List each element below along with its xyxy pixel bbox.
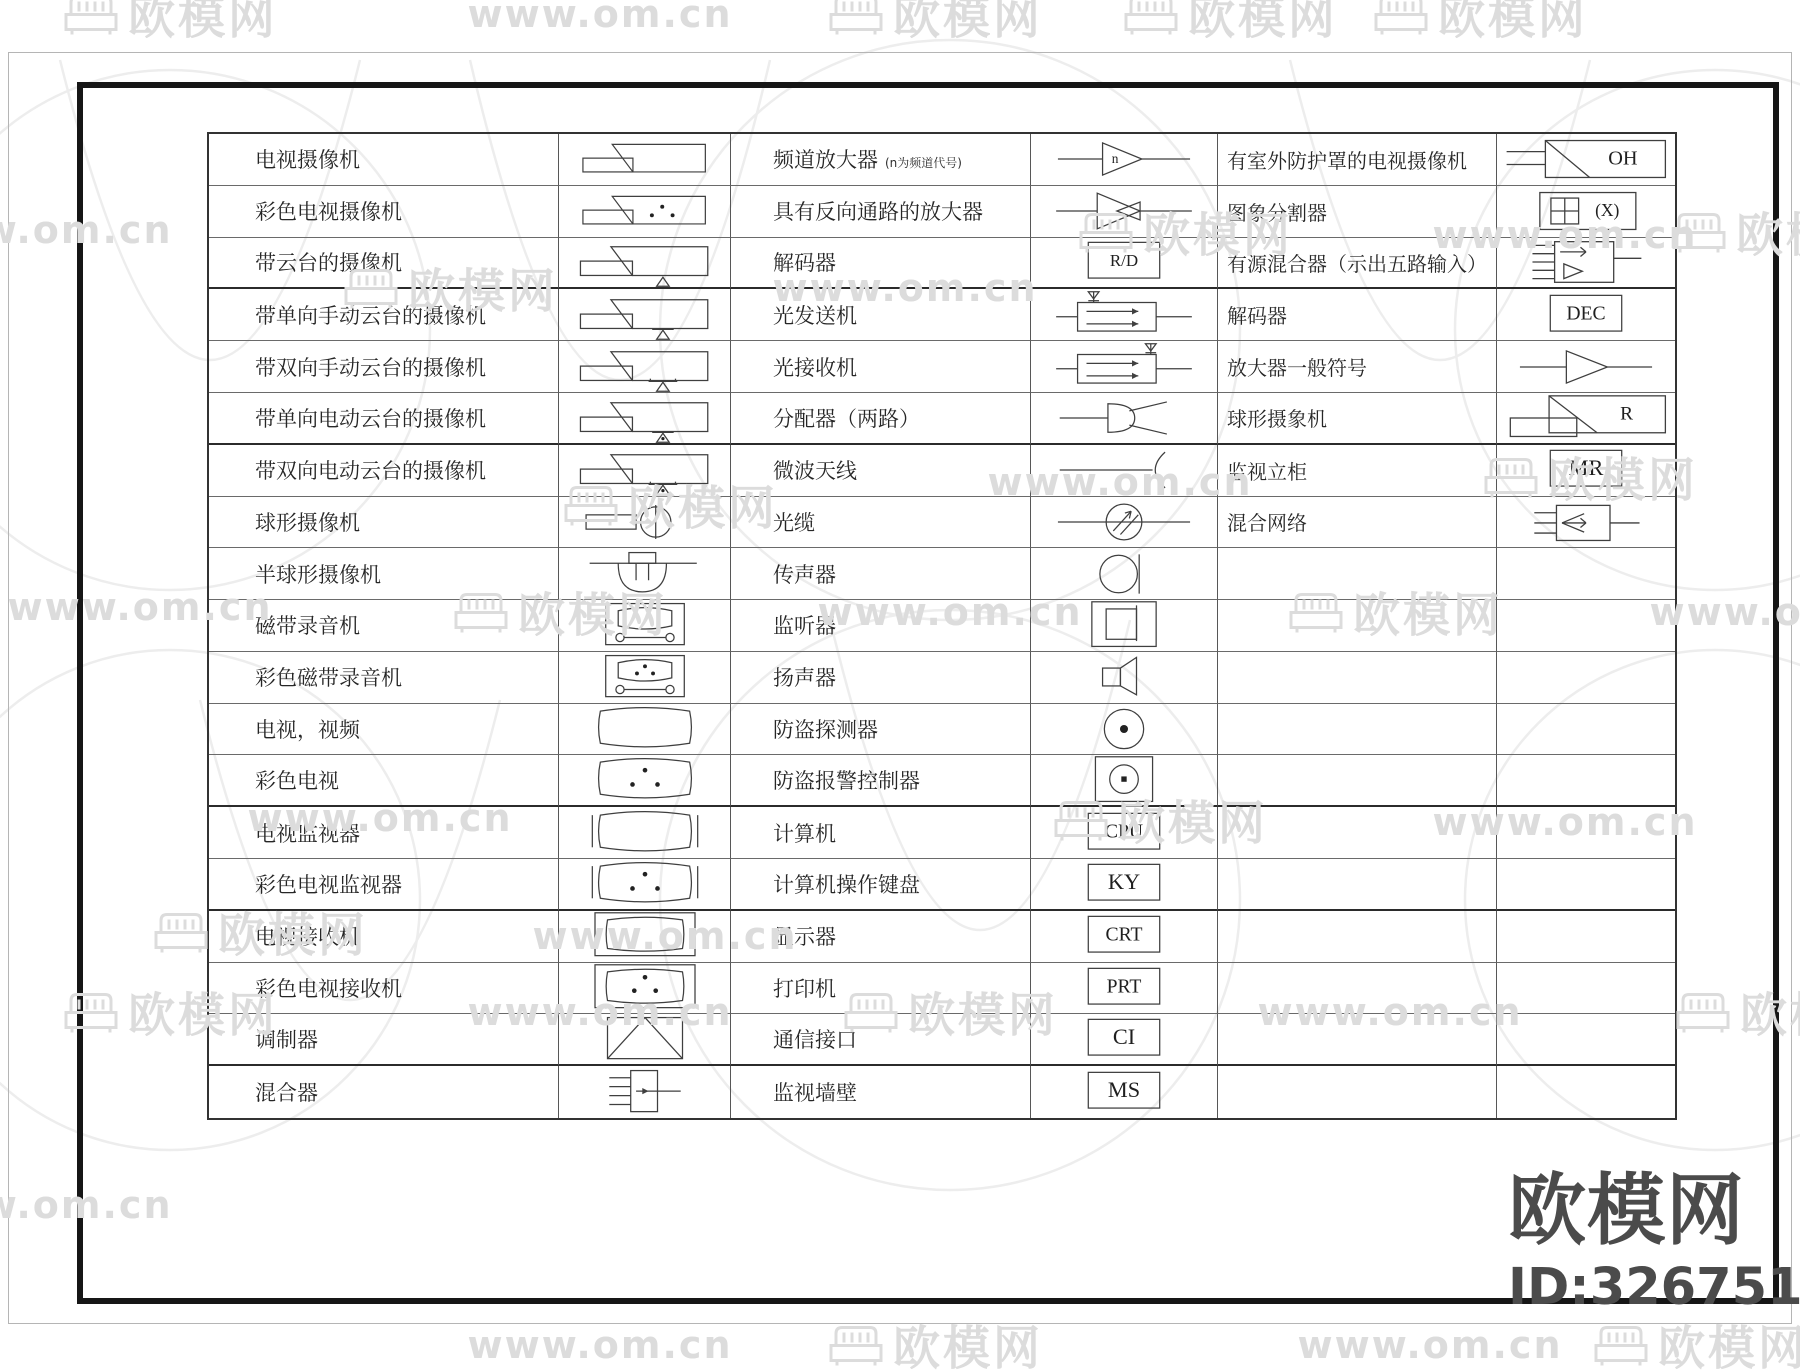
svg-text:CI: CI (1113, 1024, 1135, 1049)
amp-reverse-icon (1045, 186, 1203, 236)
legend-label-cell: 显示器 (731, 911, 1031, 963)
camera-pt1e-icon (571, 393, 719, 444)
legend-symbol-cell (559, 186, 731, 238)
legend-label: 电视接收机 (255, 921, 360, 951)
legend-symbol-cell (1031, 341, 1218, 393)
legend-label: 监视墙壁 (773, 1077, 857, 1107)
legend-label-cell: 光缆 (731, 497, 1031, 549)
legend-label: 解码器 (1227, 300, 1287, 329)
legend-label-cell: 带双向手动云台的摄像机 (209, 341, 559, 393)
legend-symbol-cell (559, 548, 731, 600)
legend-symbol-cell (559, 911, 731, 963)
microwave-antenna-icon (1045, 445, 1203, 495)
legend-label-cell: 图象分割器 (1218, 186, 1497, 238)
legend-label-cell: 球形摄像机 (209, 497, 559, 549)
tv-monitor-icon (571, 808, 719, 858)
legend-symbol-cell (1497, 704, 1675, 756)
box-icon: CI (1045, 1014, 1203, 1064)
legend-symbol-cell (559, 1014, 731, 1066)
legend-label: 光接收机 (773, 352, 857, 382)
legend-symbol-cell (559, 341, 731, 393)
legend-symbol-cell (559, 600, 731, 652)
legend-label: 彩色电视监视器 (255, 869, 402, 899)
legend-label: 光发送机 (773, 300, 857, 330)
legend-symbol-cell (559, 963, 731, 1015)
legend-label-cell: 电视接收机 (209, 911, 559, 963)
legend-symbol-cell: OH (1497, 134, 1675, 186)
legend-label-cell (1218, 859, 1497, 911)
svg-text:(X): (X) (1595, 200, 1619, 220)
box-icon: PRT (1045, 963, 1203, 1013)
camera-pt1m-icon (571, 289, 719, 340)
legend-symbol-cell (1497, 963, 1675, 1015)
legend-label: 彩色电视接收机 (255, 973, 402, 1003)
legend-symbol-cell (1497, 548, 1675, 600)
legend-symbol-cell: n (1031, 134, 1218, 186)
legend-label-cell: 混合器 (209, 1066, 559, 1118)
hemisphere-camera-icon (571, 549, 719, 599)
svg-text:DEC: DEC (1566, 302, 1605, 324)
splitter-2way-icon (1045, 393, 1203, 443)
legend-label-cell: 带云台的摄像机 (209, 238, 559, 290)
legend-label-cell (1218, 548, 1497, 600)
legend-label-cell (1218, 600, 1497, 652)
legend-symbol-cell (559, 289, 731, 341)
legend-label: 磁带录音机 (255, 610, 360, 640)
tape-recorder-color-icon (571, 652, 719, 702)
tv-color-icon (571, 755, 719, 805)
legend-label-cell: 彩色电视接收机 (209, 963, 559, 1015)
microphone-icon (1045, 549, 1203, 599)
legend-label: 分配器（两路） (773, 403, 920, 433)
legend-label-cell (1218, 807, 1497, 859)
tv-receiver-icon (571, 911, 719, 961)
legend-label: 防盗报警控制器 (773, 765, 920, 795)
legend-symbol-cell (559, 807, 731, 859)
site-watermark-id: ID:3267514 (1508, 1262, 1800, 1313)
legend-label: 传声器 (773, 559, 836, 589)
legend-label-cell: 彩色电视摄像机 (209, 186, 559, 238)
legend-symbol-cell (559, 497, 731, 549)
legend-label: 监视立柜 (1227, 456, 1307, 485)
legend-symbol-cell (559, 1066, 731, 1118)
legend-label-cell: 微波天线 (731, 445, 1031, 497)
ball-camera-icon: R (1502, 394, 1670, 442)
legend-symbol-cell (1497, 755, 1675, 807)
legend-label-cell: 球形摄象机 (1218, 393, 1497, 445)
legend-label-cell (1218, 652, 1497, 704)
legend-label-cell: 通信接口 (731, 1014, 1031, 1066)
legend-label-cell: 打印机 (731, 963, 1031, 1015)
legend-label: 彩色电视摄像机 (255, 196, 402, 226)
optical-receiver-icon (1045, 342, 1203, 392)
camera-color-icon (571, 186, 719, 236)
active-mixer-5-icon (1502, 238, 1670, 286)
legend-symbol-cell (1497, 600, 1675, 652)
burglar-detector-icon (1045, 704, 1203, 754)
svg-text:MS: MS (1108, 1077, 1140, 1102)
legend-label-cell (1218, 963, 1497, 1015)
legend-label: 计算机操作键盘 (773, 869, 920, 899)
legend-label: 混合网络 (1227, 507, 1307, 536)
legend-label: 扬声器 (773, 662, 836, 692)
svg-text:CRT: CRT (1106, 924, 1143, 946)
loudspeaker-icon (1045, 652, 1203, 702)
box-icon: DEC (1507, 290, 1665, 340)
listen-monitor-icon (1045, 600, 1203, 650)
box-icon: KY (1045, 859, 1203, 909)
legend-symbol-cell (1031, 600, 1218, 652)
legend-symbol-cell: CI (1031, 1014, 1218, 1066)
legend-label-cell: 解码器 (731, 238, 1031, 290)
legend-label: 解码器 (773, 247, 836, 277)
legend-symbol-cell (1031, 393, 1218, 445)
legend-symbol-cell (559, 134, 731, 186)
legend-symbol-cell: DEC (1497, 289, 1675, 341)
legend-label-cell (1218, 704, 1497, 756)
legend-symbol-cell (1031, 497, 1218, 549)
legend-label: 微波天线 (773, 455, 857, 485)
legend-label: 球形摄像机 (255, 507, 360, 537)
legend-symbol-cell (559, 704, 731, 756)
legend-label-cell: 具有反向通路的放大器 (731, 186, 1031, 238)
legend-label-cell: 分配器（两路） (731, 393, 1031, 445)
legend-label: 带双向手动云台的摄像机 (255, 352, 486, 382)
legend-label-cell: 半球形摄像机 (209, 548, 559, 600)
box-icon: R/D (1045, 238, 1203, 288)
legend-label-cell: 监视立柜 (1218, 445, 1497, 497)
channel-amp-icon: n (1045, 134, 1203, 184)
legend-label-cell (1218, 911, 1497, 963)
legend-symbol-cell: (X) (1497, 186, 1675, 238)
legend-symbol-cell (1497, 652, 1675, 704)
box-icon: CRT (1045, 911, 1203, 961)
legend-label: 监听器 (773, 610, 836, 640)
legend-label: 放大器一般符号 (1227, 352, 1367, 381)
legend-label-cell (1218, 755, 1497, 807)
cad-legend-sheet: 电视摄像机频道放大器(n为频道代号)n有室外防护罩的电视摄像机OH彩色电视摄像机… (0, 0, 1800, 1371)
legend-symbol-cell (559, 652, 731, 704)
svg-text:KY: KY (1108, 869, 1140, 894)
legend-label-cell: 电视监视器 (209, 807, 559, 859)
legend-symbol-cell (1497, 238, 1675, 290)
legend-label-cell: 带双向电动云台的摄像机 (209, 445, 559, 497)
legend-symbol-cell (1031, 186, 1218, 238)
legend-symbol-cell (1497, 859, 1675, 911)
legend-symbol-cell: PRT (1031, 963, 1218, 1015)
alarm-controller-icon (1045, 755, 1203, 805)
legend-symbol-cell (1497, 807, 1675, 859)
legend-label-cell: 频道放大器(n为频道代号) (731, 134, 1031, 186)
legend-label: 半球形摄像机 (255, 559, 381, 589)
legend-symbol-cell (559, 238, 731, 290)
legend-symbol-cell (1497, 1014, 1675, 1066)
image-splitter-icon: (X) (1502, 187, 1670, 235)
camera-icon (571, 134, 719, 184)
optical-transmitter-icon (1045, 290, 1203, 340)
legend-symbol-cell: R/D (1031, 238, 1218, 290)
modulator-icon (571, 1014, 719, 1064)
legend-label-cell: 防盗报警控制器 (731, 755, 1031, 807)
camera-pt2e-icon (571, 445, 719, 496)
legend-symbol-cell: R (1497, 393, 1675, 445)
svg-text:CPU: CPU (1105, 820, 1143, 842)
legend-label-cell: 监听器 (731, 600, 1031, 652)
legend-label: 带双向电动云台的摄像机 (255, 455, 486, 485)
legend-label: 调制器 (255, 1024, 318, 1054)
legend-symbol-cell (1497, 1066, 1675, 1118)
legend-symbol-cell: CPU (1031, 807, 1218, 859)
legend-label: 有室外防护罩的电视摄像机 (1227, 145, 1467, 174)
legend-label: 带单向手动云台的摄像机 (255, 300, 486, 330)
svg-text:PRT: PRT (1107, 976, 1142, 998)
legend-symbol-cell (559, 859, 731, 911)
legend-label-cell: 计算机 (731, 807, 1031, 859)
legend-symbol-cell (1031, 755, 1218, 807)
legend-symbol-cell: MS (1031, 1066, 1218, 1118)
legend-label-cell: 带单向电动云台的摄像机 (209, 393, 559, 445)
legend-label: 电视摄像机 (255, 144, 360, 174)
tv-receiver-color-icon (571, 963, 719, 1013)
legend-symbol-cell (1497, 497, 1675, 549)
legend-label: 球形摄象机 (1227, 403, 1327, 432)
site-watermark: 欧模网 ID:3267514 (1508, 1172, 1800, 1313)
legend-symbol-cell (1497, 911, 1675, 963)
legend-label-cell: 电视摄像机 (209, 134, 559, 186)
legend-label-cell: 彩色电视 (209, 755, 559, 807)
mixer-icon (571, 1067, 719, 1117)
legend-label-cell (1218, 1014, 1497, 1066)
legend-label-cell: 扬声器 (731, 652, 1031, 704)
legend-label: 彩色电视 (255, 765, 339, 795)
svg-text:n: n (1112, 151, 1119, 166)
camera-housing-icon: OH (1502, 135, 1670, 183)
svg-text:OH: OH (1608, 148, 1638, 170)
legend-label: 带云台的摄像机 (255, 247, 402, 277)
legend-symbol-cell: KY (1031, 859, 1218, 911)
legend-table: 电视摄像机频道放大器(n为频道代号)n有室外防护罩的电视摄像机OH彩色电视摄像机… (207, 132, 1677, 1120)
legend-label: 显示器 (773, 921, 836, 951)
legend-symbol-cell (1031, 289, 1218, 341)
box-icon: MR (1507, 445, 1665, 495)
tape-recorder-icon (571, 600, 719, 650)
legend-label: 电视监视器 (255, 818, 360, 848)
legend-label-cell: 传声器 (731, 548, 1031, 600)
camera-pt-icon (571, 238, 719, 289)
legend-label-note: (n为频道代号) (885, 154, 962, 171)
legend-symbol-cell (559, 393, 731, 445)
box-icon: CPU (1045, 808, 1203, 858)
legend-label-cell: 光接收机 (731, 341, 1031, 393)
legend-label-cell: 放大器一般符号 (1218, 341, 1497, 393)
legend-symbol-cell: CRT (1031, 911, 1218, 963)
svg-text:R/D: R/D (1110, 251, 1138, 270)
legend-label: 防盗探测器 (773, 714, 878, 744)
legend-label-cell: 磁带录音机 (209, 600, 559, 652)
legend-label-cell: 混合网络 (1218, 497, 1497, 549)
legend-label-cell: 有室外防护罩的电视摄像机 (1218, 134, 1497, 186)
legend-label: 光缆 (773, 507, 815, 537)
legend-label-cell: 有源混合器（示出五路输入） (1218, 238, 1497, 290)
legend-label: 有源混合器（示出五路输入） (1227, 248, 1487, 277)
box-icon: MS (1045, 1067, 1203, 1117)
legend-label-cell: 防盗探测器 (731, 704, 1031, 756)
mixer-network-icon (1502, 498, 1670, 546)
legend-symbol-cell: MR (1497, 445, 1675, 497)
legend-label: 通信接口 (773, 1024, 857, 1054)
optical-cable-icon (1045, 497, 1203, 547)
legend-label: 图象分割器 (1227, 197, 1327, 226)
legend-symbol-cell (1497, 341, 1675, 393)
legend-label: 彩色磁带录音机 (255, 662, 402, 692)
legend-symbol-cell (1031, 704, 1218, 756)
legend-label: 带单向电动云台的摄像机 (255, 403, 486, 433)
legend-label: 计算机 (773, 818, 836, 848)
legend-label-cell: 带单向手动云台的摄像机 (209, 289, 559, 341)
legend-symbol-cell (1031, 652, 1218, 704)
legend-label-cell: 光发送机 (731, 289, 1031, 341)
amplifier-icon (1502, 342, 1670, 392)
legend-label: 频道放大器 (773, 144, 878, 174)
legend-label: 混合器 (255, 1077, 318, 1107)
tv-icon (571, 704, 719, 754)
legend-label-cell: 彩色电视监视器 (209, 859, 559, 911)
legend-label-cell: 解码器 (1218, 289, 1497, 341)
legend-symbol-cell (559, 445, 731, 497)
site-watermark-brand: 欧模网 (1508, 1172, 1800, 1250)
svg-text:R: R (1620, 404, 1633, 425)
legend-label: 具有反向通路的放大器 (773, 196, 983, 226)
legend-label-cell: 调制器 (209, 1014, 559, 1066)
legend-label: 打印机 (773, 973, 836, 1003)
legend-symbol-cell (559, 755, 731, 807)
svg-text:MR: MR (1569, 455, 1604, 480)
legend-label-cell: 电视，视频 (209, 704, 559, 756)
legend-label-cell: 计算机操作键盘 (731, 859, 1031, 911)
camera-pt2m-icon (571, 341, 719, 392)
legend-symbol-cell (1031, 445, 1218, 497)
legend-label: 电视，视频 (255, 714, 360, 744)
legend-label-cell: 监视墙壁 (731, 1066, 1031, 1118)
legend-label-cell: 彩色磁带录音机 (209, 652, 559, 704)
dome-camera-icon (571, 497, 719, 547)
legend-symbol-cell (1031, 548, 1218, 600)
legend-label-cell (1218, 1066, 1497, 1118)
tv-monitor-color-icon (571, 859, 719, 909)
